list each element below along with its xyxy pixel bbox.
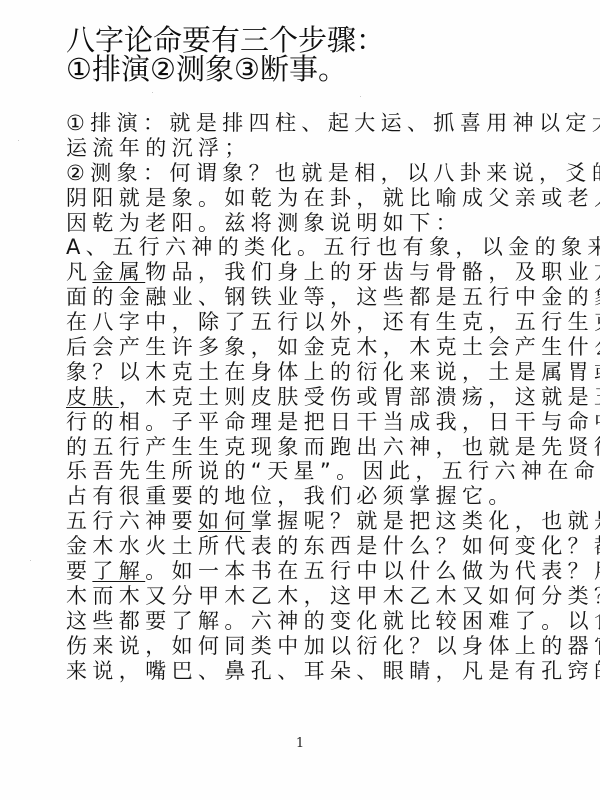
body-line: 象？以木克土在身体上的衍化来说，土是属胃或 (66, 360, 566, 385)
body-line: 皮肤，木克土则皮肤受伤或胃部溃疡，这就是五 (66, 385, 566, 410)
text-segment: 面的金融业、钢铁业等，这些都是五行中金的象。 (66, 285, 600, 309)
body-line: 面的金融业、钢铁业等，这些都是五行中金的象。 (66, 285, 566, 310)
text-segment: 的五行产生生克现象而跑出六神，也就是先贤徐 (66, 435, 600, 459)
scan-speck (575, 420, 576, 421)
scan-speck (152, 92, 153, 93)
body-line: 伤来说，如何同类中加以衍化？以身体上的器官 (66, 634, 566, 659)
body-line: 因乾为老阳。兹将测象说明如下： (66, 211, 566, 236)
text-segment: 行的相。子平命理是把日干当成我，日干与命中 (66, 410, 600, 434)
body-line: 凡金属物品，我们身上的牙齿与骨骼，及职业方 (66, 260, 566, 285)
underlined-text: 皮肤 (66, 385, 119, 409)
text-segment: 木而木又分甲木乙木，这甲木乙木又如何分类？ (66, 584, 600, 608)
text-segment: 金木水火土所代表的东西是什么？如何变化？都 (66, 534, 600, 558)
body-line: 运流年的沉浮； (66, 136, 566, 161)
page-number: 1 (0, 736, 600, 751)
page-title: 八字论命要有三个步骤： ①排演②测象③断事。 (66, 26, 566, 84)
body-line: ①排演：就是排四柱、起大运、抓喜用神以定大 (66, 111, 566, 136)
text-segment: 运流年的沉浮； (66, 136, 251, 160)
text-segment: A、五行六神的类化。五行也有象，以金的象来说， (66, 235, 600, 259)
body-line: 这些都要了解。六神的变化就比较困难了。以食 (66, 609, 566, 634)
body-line: 五行六神要如何掌握呢？就是把这类化，也就是 (66, 509, 566, 534)
body-line: 行的相。子平命理是把日干当成我，日干与命中 (66, 410, 566, 435)
text-segment: 这些都要了解。六神的变化就比较困难了。以食 (66, 609, 600, 633)
text-segment: 在八字中，除了五行以外，还有生克，五行生克 (66, 310, 600, 334)
text-segment: ②测象：何谓象？也就是相，以八卦来说，爻的 (66, 161, 600, 185)
text-segment: 象？以木克土在身体上的衍化来说，土是属胃或 (66, 360, 600, 384)
body-text: ①排演：就是排四柱、起大运、抓喜用神以定大运流年的沉浮；②测象：何谓象？也就是相… (66, 111, 566, 683)
body-line: 金木水火土所代表的东西是什么？如何变化？都 (66, 534, 566, 559)
title-line-1: 八字论命要有三个步骤： (66, 26, 566, 55)
body-line: A、五行六神的类化。五行也有象，以金的象来说， (66, 235, 566, 260)
text-segment: 因乾为老阳。兹将测象说明如下： (66, 211, 462, 235)
text-segment: 凡 (66, 260, 92, 284)
text-segment: 掌握呢？就是把这类化，也就是 (251, 509, 600, 533)
body-line: 乐吾先生所说的“天星”。因此，五行六神在命理 (66, 459, 566, 484)
body-line: 木而木又分甲木乙木，这甲木乙木又如何分类？ (66, 584, 566, 609)
underlined-text: 如何 (198, 509, 251, 533)
text-segment: ，木克土则皮肤受伤或胃部溃疡，这就是五 (119, 385, 600, 409)
scan-speck (18, 140, 19, 141)
body-line: 在八字中，除了五行以外，还有生克，五行生克 (66, 310, 566, 335)
text-segment: 要 (66, 559, 92, 583)
text-segment: 来说，嘴巴、鼻孔、耳朵、眼睛，凡是有孔窍的 (66, 659, 600, 683)
text-segment: 伤来说，如何同类中加以衍化？以身体上的器官 (66, 634, 600, 658)
body-line: ②测象：何谓象？也就是相，以八卦来说，爻的 (66, 161, 566, 186)
underlined-text: 了解 (92, 559, 145, 583)
body-line: 的五行产生生克现象而跑出六神，也就是先贤徐 (66, 435, 566, 460)
text-segment: 后会产生许多象，如金克木，木克土会产生什么 (66, 335, 600, 359)
underlined-text: 金属 (92, 260, 145, 284)
body-line: 要了解。如一本书在五行中以什么做为代表？用 (66, 559, 566, 584)
body-line: 占有很重要的地位，我们必须掌握它。 (66, 484, 566, 509)
scan-speck (30, 560, 31, 561)
body-line: 阴阳就是象。如乾为在卦，就比喻成父亲或老人， (66, 186, 566, 211)
text-segment: 阴阳就是象。如乾为在卦，就比喻成父亲或老人， (66, 186, 600, 210)
text-segment: 五行六神要 (66, 509, 198, 533)
text-segment: 。如一本书在五行中以什么做为代表？用 (145, 559, 600, 583)
body-line: 来说，嘴巴、鼻孔、耳朵、眼睛，凡是有孔窍的 (66, 659, 566, 684)
scan-speck (360, 96, 361, 97)
text-segment: 物品，我们身上的牙齿与骨骼，及职业方 (145, 260, 600, 284)
title-line-2: ①排演②测象③断事。 (66, 55, 566, 84)
text-segment: 乐吾先生所说的“天星”。因此，五行六神在命理 (66, 459, 600, 483)
text-segment: 占有很重要的地位，我们必须掌握它。 (66, 484, 515, 508)
body-line: 后会产生许多象，如金克木，木克土会产生什么 (66, 335, 566, 360)
document-page: 八字论命要有三个步骤： ①排演②测象③断事。 ①排演：就是排四柱、起大运、抓喜用… (0, 0, 600, 800)
text-segment: ①排演：就是排四柱、起大运、抓喜用神以定大 (66, 111, 600, 135)
